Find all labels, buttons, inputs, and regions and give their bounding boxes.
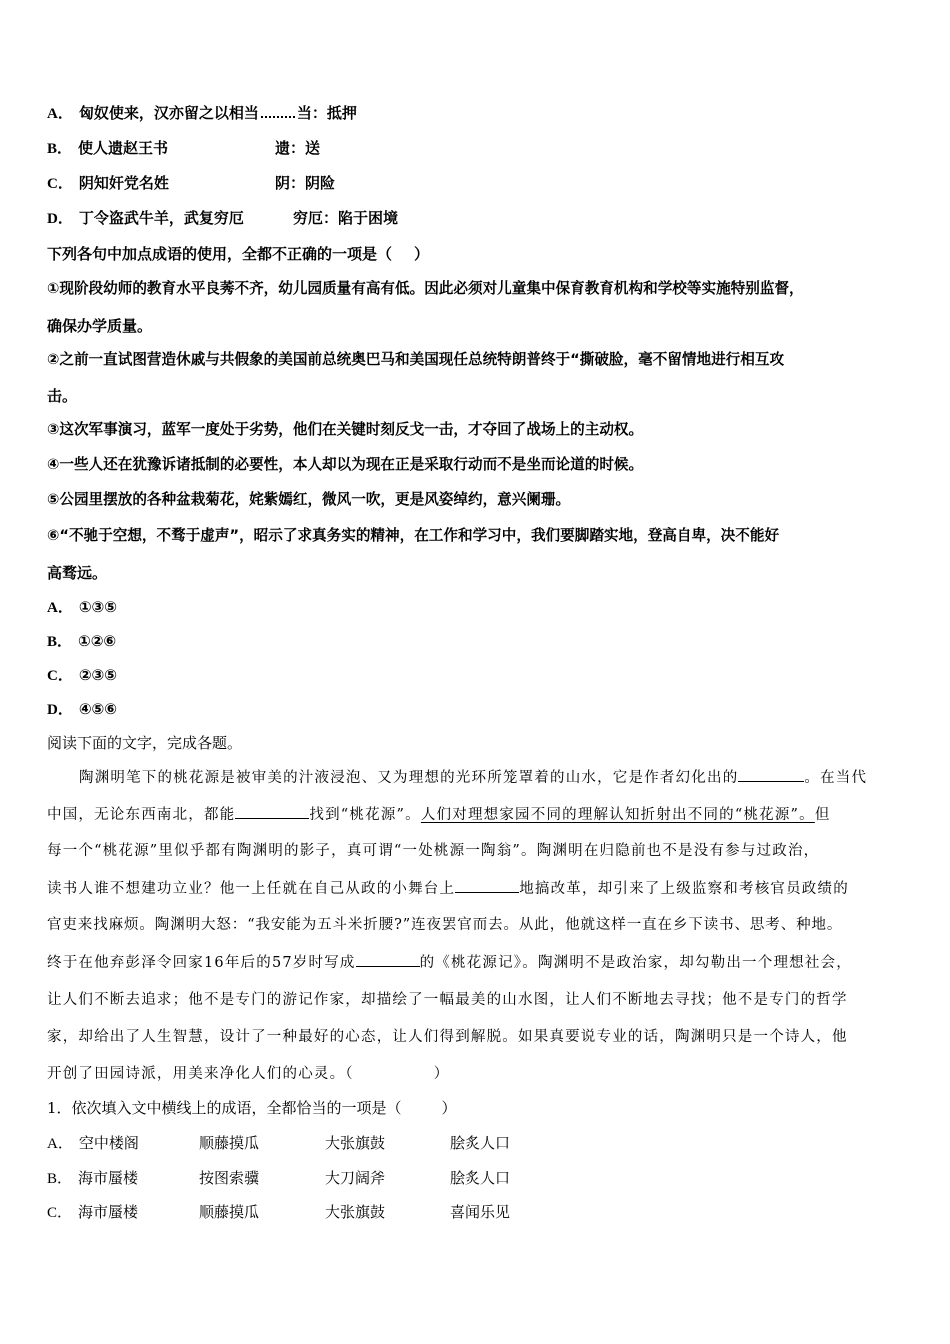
underlined-sentence: 人们对理想家园不同的理解认知折射出不同的“桃花源”。 — [421, 807, 815, 823]
reading-instruction: 阅读下面的文字，完成各题。 — [47, 733, 242, 753]
fill-blank-3[interactable] — [455, 878, 519, 893]
prev-option-a: A．匈奴使来，汉亦留之以相当当：抵押 — [47, 102, 357, 124]
sentence-1: ①现阶段幼师的教育水平良莠不齐，幼儿园质量有高有低。因此必须对儿童集中保育教育机… — [47, 279, 804, 299]
fill-blank-1[interactable] — [738, 767, 804, 782]
q1-option-c-item-2: 顺藤摸瓜 — [199, 1202, 259, 1222]
sentence-2: ②之前一直试图营造休戚与共假象的美国前总统奥巴马和美国现任总统特朗普终于“撕破脸… — [47, 350, 784, 370]
idiom-option-b: B．①②⑥ — [47, 631, 116, 652]
q1-option-b-item-3: 大刀阔斧 — [325, 1168, 385, 1188]
q1-option-b-item-4: 脍炙人口 — [450, 1168, 510, 1188]
option-label: A． — [47, 104, 73, 124]
idiom-option-a: A．①③⑤ — [47, 597, 117, 618]
option-text: 丁令盗武牛羊，武复穷厄 — [79, 209, 244, 227]
passage-line-3: 每一个“桃花源”里似乎都有陶渊明的影子，真可谓“一处桃源一陶翁”。陶渊明在归隐前… — [47, 841, 819, 861]
q1-option-b: B．海市蜃楼 — [47, 1168, 138, 1189]
option-text: 匈奴使来，汉亦留之以相当 — [79, 104, 259, 122]
option-gloss: 遗：送 — [275, 138, 320, 158]
sentence-6-cont: 高骛远。 — [47, 563, 107, 583]
sentence-5: ⑤公园里摆放的各种盆栽菊花，姹紫嫣红，微风一吹，更是风姿绰约，意兴阑珊。 — [47, 490, 570, 510]
option-gloss: 穷厄：陷于困境 — [293, 208, 398, 228]
passage-line-6: 终于在他弃彭泽令回家16年后的57岁时写成的《桃花源记》。陶渊明不是政治家，却勾… — [47, 952, 852, 973]
option-label: D． — [47, 209, 73, 229]
q1-option-a-item-3: 大张旗鼓 — [325, 1133, 385, 1153]
passage-line-2: 中国，无论东西南北，都能找到“桃花源”。人们对理想家园不同的理解认知折射出不同的… — [47, 804, 831, 825]
q1-option-a-item-2: 顺藤摸瓜 — [199, 1133, 259, 1153]
passage-line-5: 官吏来找麻烦。陶渊明大怒：“我安能为五斗米折腰?”连夜罢官而去。从此，他就这样一… — [47, 915, 842, 935]
q1-option-c: C．海市蜃楼 — [47, 1202, 138, 1223]
option-text: 使人遗赵王书 — [78, 139, 168, 157]
sentence-3: ③这次军事演习，蓝军一度处于劣势，他们在关键时刻反戈一击，才夺回了战场上的主动权… — [47, 420, 643, 440]
sentence-6: ⑥“不驰于空想，不骛于虚声”，昭示了求真务实的精神，在工作和学习中，我们要脚踏实… — [47, 526, 779, 546]
passage-line-8: 家，却给出了人生智慧，设计了一种最好的心态，让人们得到解脱。如果真要说专业的话，… — [47, 1027, 848, 1047]
q1-option-a: A．空中楼阁 — [47, 1133, 139, 1154]
emphasis-dots — [261, 102, 295, 118]
option-text: 阴知奸党名姓 — [79, 174, 169, 192]
idiom-question-stem: 下列各句中加点成语的使用，全都不正确的一项是（） — [47, 244, 429, 264]
idiom-option-d: D．④⑤⑥ — [47, 699, 117, 720]
q1-option-c-item-3: 大张旗鼓 — [325, 1202, 385, 1222]
passage-line-1: 陶渊明笔下的桃花源是被审美的汁液浸泡、又为理想的光环所笼罩着的山水，它是作者幻化… — [79, 767, 867, 788]
sentence-2-cont: 击。 — [47, 386, 77, 406]
q1-option-b-item-2: 按图索骥 — [199, 1168, 259, 1188]
passage-line-7: 让人们不断去追求；他不是专门的游记作家，却描绘了一幅最美的山水图，让人们不断地去… — [47, 990, 848, 1010]
sentence-4: ④一些人还在犹豫诉诸抵制的必要性，本人却以为现在正是采取行动而不是坐而论道的时候… — [47, 455, 643, 475]
idiom-option-c: C．②③⑤ — [47, 665, 117, 686]
option-label: B． — [47, 139, 72, 159]
fill-blank-2[interactable] — [235, 804, 309, 819]
prev-option-d: D．丁令盗武牛羊，武复穷厄 — [47, 208, 244, 229]
option-gloss: 当：抵押 — [297, 104, 357, 122]
q1-option-a-item-4: 脍炙人口 — [450, 1133, 510, 1153]
exam-page: A．匈奴使来，汉亦留之以相当当：抵押 B．使人遗赵王书 遗：送 C．阴知奸党名姓… — [0, 0, 950, 1344]
fill-blank-4[interactable] — [356, 952, 420, 967]
question-1-stem: 1．依次填入文中横线上的成语，全都恰当的一项是（） — [47, 1098, 457, 1118]
sentence-1-cont: 确保办学质量。 — [47, 316, 152, 336]
option-gloss: 阴：阴险 — [275, 173, 335, 193]
prev-option-c: C．阴知奸党名姓 — [47, 173, 169, 194]
option-label: C． — [47, 174, 73, 194]
prev-option-b: B．使人遗赵王书 — [47, 138, 168, 159]
passage-line-4: 读书人谁不想建功立业？他一上任就在自己从政的小舞台上地搞改革，却引来了上级监察和… — [47, 878, 849, 899]
passage-line-9: 开创了田园诗派，用美来净化人们的心灵。（） — [47, 1064, 449, 1084]
q1-option-c-item-4: 喜闻乐见 — [450, 1202, 510, 1222]
